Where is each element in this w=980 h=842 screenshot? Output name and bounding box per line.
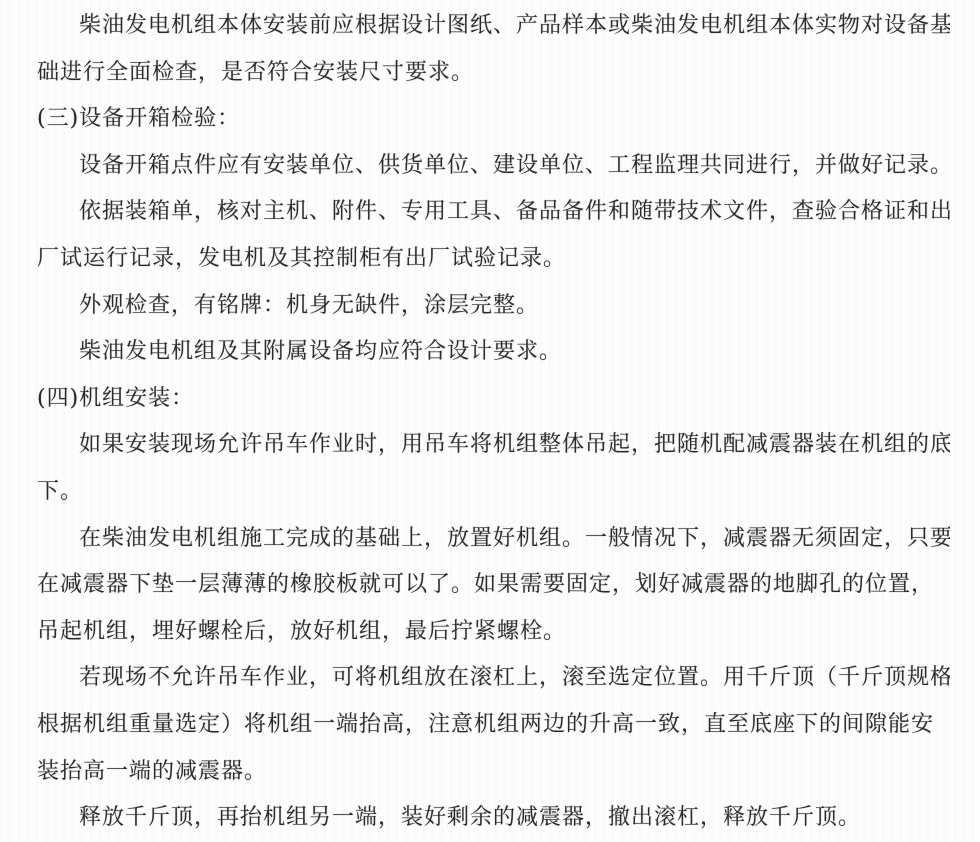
text-line: 若现场不允许吊车作业，可将机组放在滚杠上，滚至选定位置。用千斤顶（千斤顶规格 <box>37 655 950 702</box>
text-line: 装抬高一端的减震器。 <box>37 749 950 796</box>
text-line: 如果安装现场允许吊车作业时，用吊车将机组整体吊起，把随机配减震器装在机组的底 <box>37 422 950 469</box>
text-line: 设备开箱点件应有安装单位、供货单位、建设单位、工程监理共同进行，并做好记录。 <box>37 143 950 190</box>
section-heading-3: (三)设备开箱检验： <box>37 96 950 143</box>
text-line: 根据机组重量选定）将机组一端抬高，注意机组两边的升高一致，直至底座下的间隙能安 <box>37 702 950 749</box>
text-line: 厂试运行记录，发电机及其控制柜有出厂试验记录。 <box>37 236 950 283</box>
text-line: 吊起机组，埋好螺栓后，放好机组，最后拧紧螺栓。 <box>37 609 950 656</box>
document-page: 柴油发电机组本体安装前应根据设计图纸、产品样本或柴油发电机组本体实物对设备基 础… <box>0 0 980 842</box>
text-line: 柴油发电机组本体安装前应根据设计图纸、产品样本或柴油发电机组本体实物对设备基 <box>37 3 950 50</box>
text-line: 柴油发电机组及其附属设备均应符合设计要求。 <box>37 329 950 376</box>
text-line: 在柴油发电机组施工完成的基础上，放置好机组。一般情况下，减震器无须固定，只要 <box>37 516 950 563</box>
text-line: 在减震器下垫一层薄薄的橡胶板就可以了。如果需要固定，划好减震器的地脚孔的位置， <box>37 562 950 609</box>
text-line: 依据装箱单，核对主机、附件、专用工具、备品备件和随带技术文件，查验合格证和出 <box>37 189 950 236</box>
text-line: 础进行全面检查，是否符合安装尺寸要求。 <box>37 50 950 97</box>
text-line: 外观检查，有铭牌：机身无缺件，涂层完整。 <box>37 283 950 330</box>
text-line: 释放千斤顶，再抬机组另一端，装好剩余的减震器，撤出滚杠，释放千斤顶。 <box>37 795 950 842</box>
text-line: 下。 <box>37 469 950 516</box>
section-heading-4: (四)机组安装： <box>37 376 950 423</box>
